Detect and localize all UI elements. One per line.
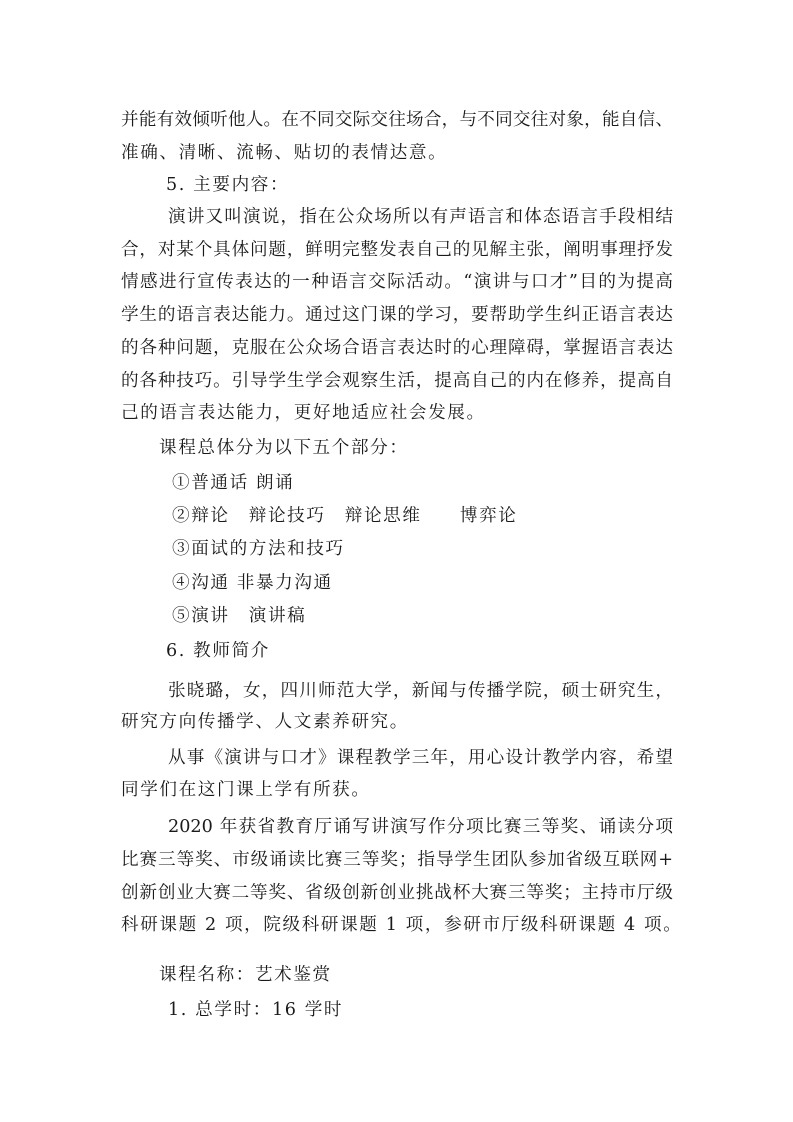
- awards-line: 2020 年获省教育厅诵写讲演写作分项比赛三等奖、诵读分项: [168, 817, 673, 837]
- section-5-paragraph-line: 合，对某个具体问题，鲜明完整发表自己的见解主张，阐明事理抒发: [121, 240, 673, 260]
- next-course-hours: 1. 总学时：16 学时: [168, 1000, 343, 1020]
- intro-line-1: 并能有效倾听他人。在不同交际交往场合，与不同交往对象，能自信、: [121, 110, 673, 130]
- course-part-item: ⑤演讲 演讲稿: [172, 606, 306, 626]
- bio-line: 张晓璐，女，四川师范大学，新闻与传播学院，硕士研究生，: [168, 681, 673, 701]
- awards-line: 创新创业大赛二等奖、省级创新创业挑战杯大赛三等奖；主持市厅级: [121, 883, 673, 903]
- section-6-heading: 6. 教师简介: [166, 641, 270, 661]
- section-5-paragraph-line: 己的语言表达能力，更好地适应社会发展。: [121, 403, 486, 423]
- section-5-paragraph-line: 的各种问题，克服在公众场合语言表达时的心理障碍，掌握语言表达: [121, 338, 673, 358]
- section-5-paragraph-line: 学生的语言表达能力。通过这门课的学习，要帮助学生纠正语言表达: [121, 305, 673, 325]
- section-5-paragraph-line: 的各种技巧。引导学生学会观察生活，提高自己的内在修养，提高自: [121, 371, 673, 391]
- awards-line: 科研课题 2 项，院级科研课题 1 项，参研市厅级科研课题 4 项。: [121, 915, 682, 935]
- bio-line: 研究方向传播学、人文素养研究。: [121, 712, 409, 732]
- course-part-item: ①普通话 朗诵: [172, 473, 294, 493]
- teaching-line: 同学们在这门课上学有所获。: [121, 780, 371, 800]
- teaching-line: 从事《演讲与口才》课程教学三年，用心设计教学内容，希望: [168, 748, 673, 768]
- awards-line: 比赛三等奖、市级诵读比赛三等奖；指导学生团队参加省级互联网+: [121, 850, 673, 870]
- section-5-paragraph-line: 演讲又叫演说，指在公众场所以有声语言和体态语言手段相结: [168, 207, 673, 227]
- course-part-item: ③面试的方法和技巧: [172, 539, 345, 559]
- course-part-item: ④沟通 非暴力沟通: [172, 573, 333, 593]
- section-5-paragraph-line: 情感进行宣传表达的一种语言交际活动。“演讲与口才”目的为提高: [121, 272, 673, 292]
- intro-line-2: 准确、清晰、流畅、贴切的表情达意。: [121, 143, 447, 163]
- course-part-item: ②辩论 辩论技巧 辩论思维 博弈论: [172, 506, 518, 526]
- section-5-heading: 5. 主要内容：: [166, 175, 289, 195]
- next-course-name: 课程名称：艺术鉴赏: [159, 965, 332, 985]
- parts-intro: 课程总体分为以下五个部分：: [159, 438, 409, 458]
